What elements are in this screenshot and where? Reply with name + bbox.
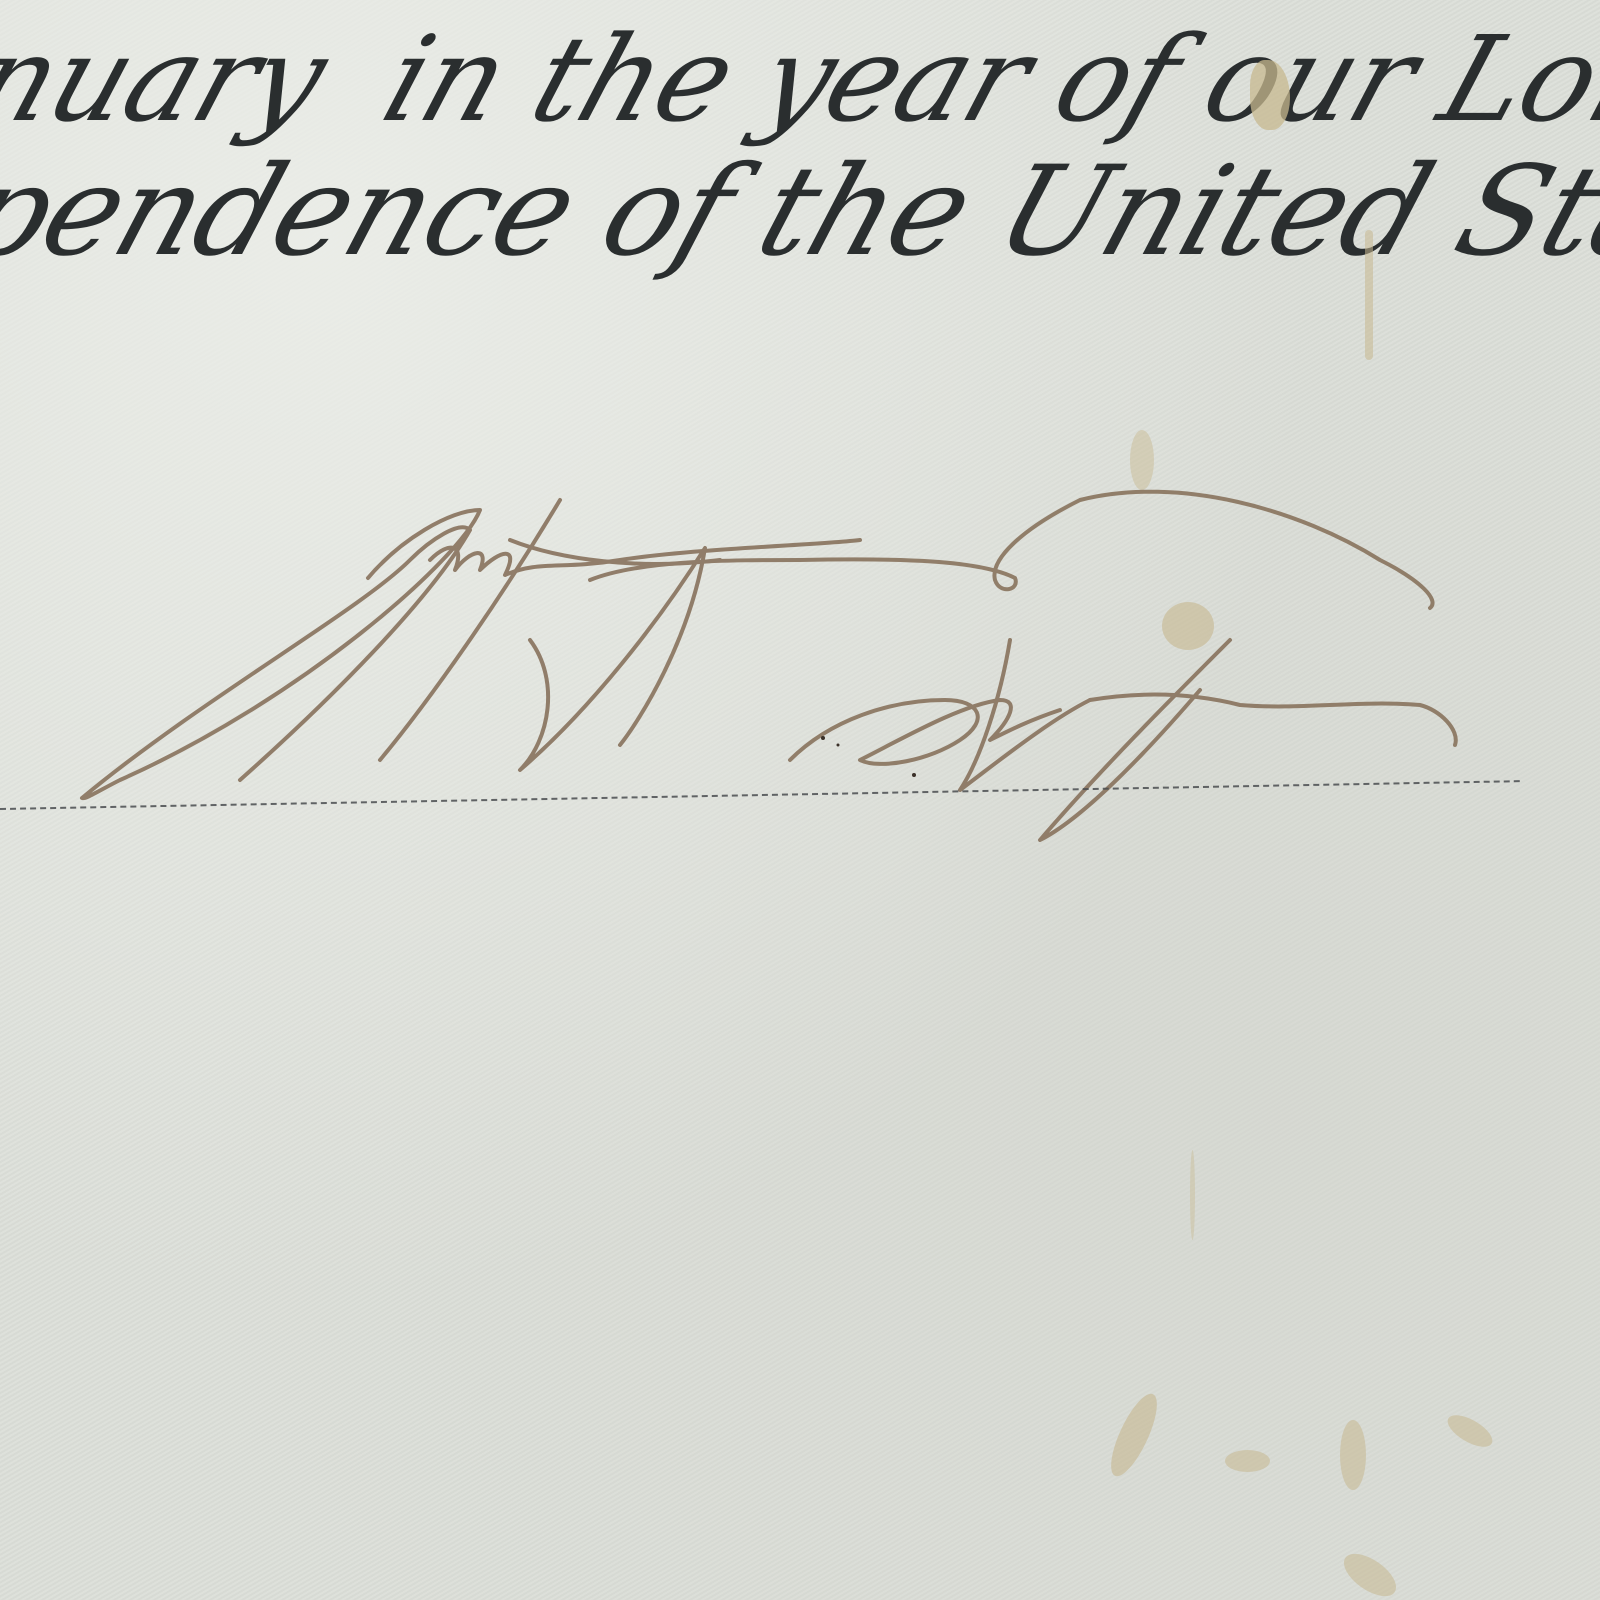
signature [0, 0, 1600, 1600]
document-page: nuaryin the year of our Lord pendence of… [0, 0, 1600, 1600]
